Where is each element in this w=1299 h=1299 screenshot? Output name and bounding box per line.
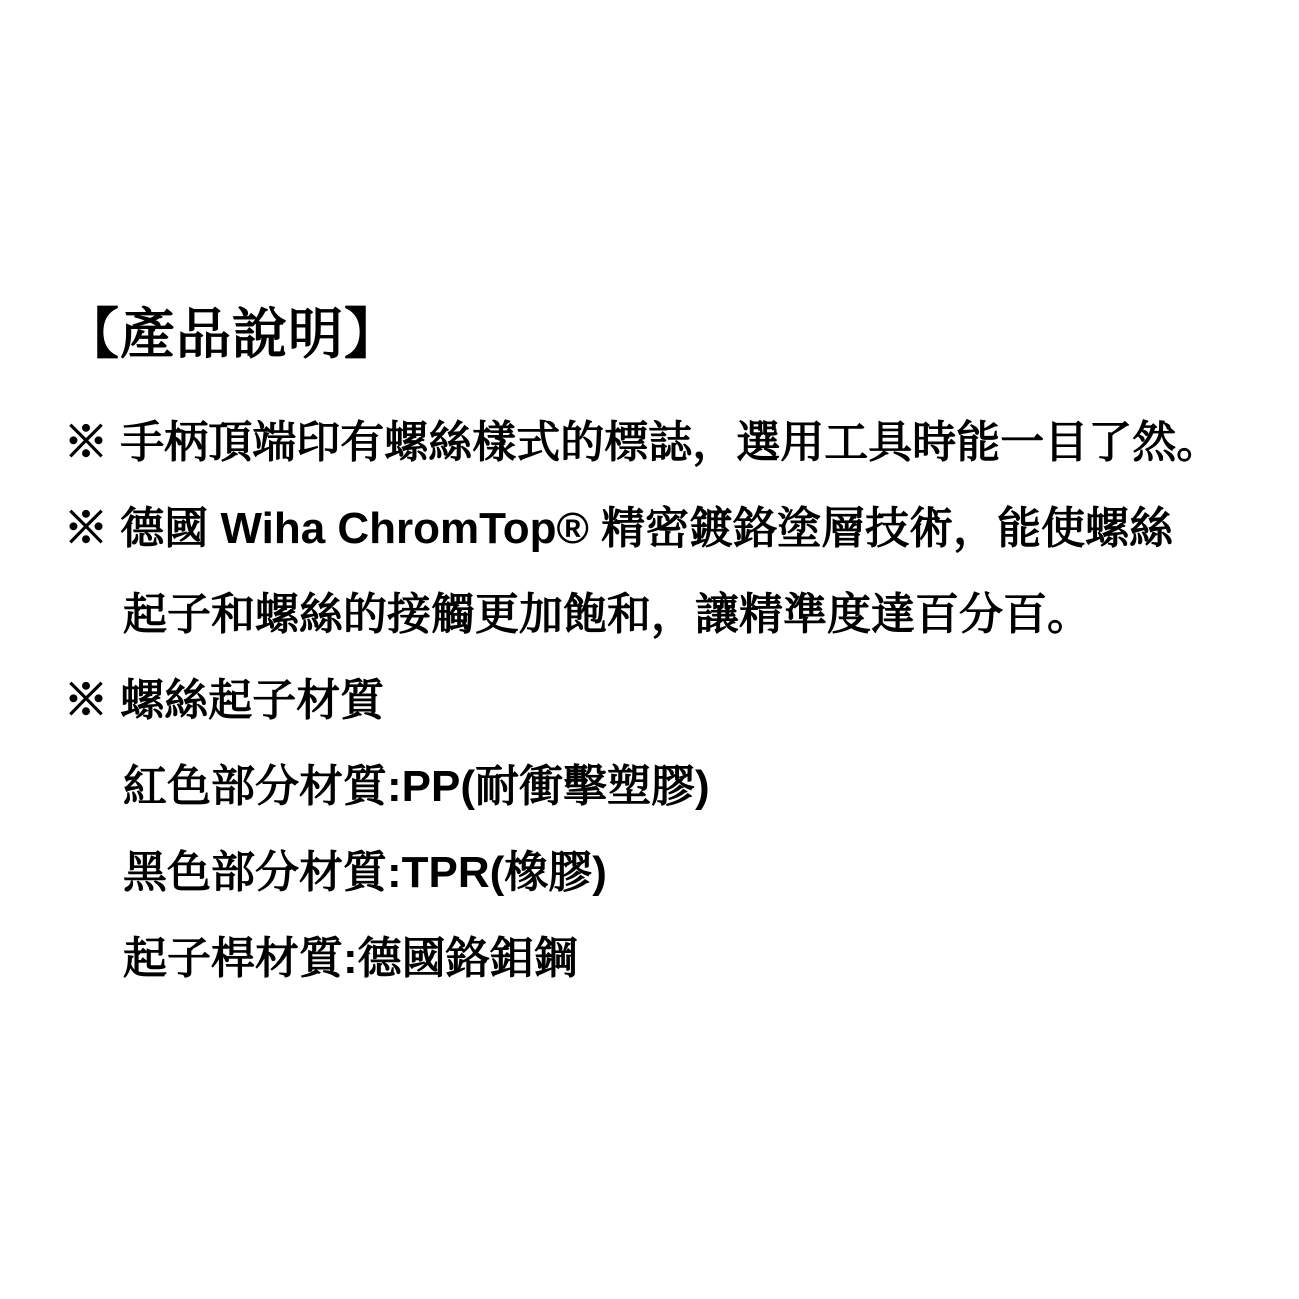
description-line-material-black: 黑色部分材質:TPR(橡膠)	[64, 830, 1269, 916]
description-line-chromtop-continued: 起子和螺絲的接觸更加飽和，讓精準度達百分百。	[64, 572, 1269, 658]
product-description-page: 【產品說明】 ※ 手柄頂端印有螺絲樣式的標誌，選用工具時能一目了然。 ※ 德國 …	[0, 0, 1299, 1299]
description-line-material-header: ※ 螺絲起子材質	[64, 658, 1269, 744]
description-line-material-shaft: 起子桿材質:德國鉻鉬鋼	[64, 916, 1269, 1002]
description-line-handle-mark: ※ 手柄頂端印有螺絲樣式的標誌，選用工具時能一目了然。	[64, 400, 1269, 486]
description-line-chromtop: ※ 德國 Wiha ChromTop® 精密鍍鉻塗層技術，能使螺絲	[64, 486, 1269, 572]
description-line-material-red: 紅色部分材質:PP(耐衝擊塑膠)	[64, 744, 1269, 830]
product-description-heading: 【產品說明】	[64, 300, 1269, 368]
